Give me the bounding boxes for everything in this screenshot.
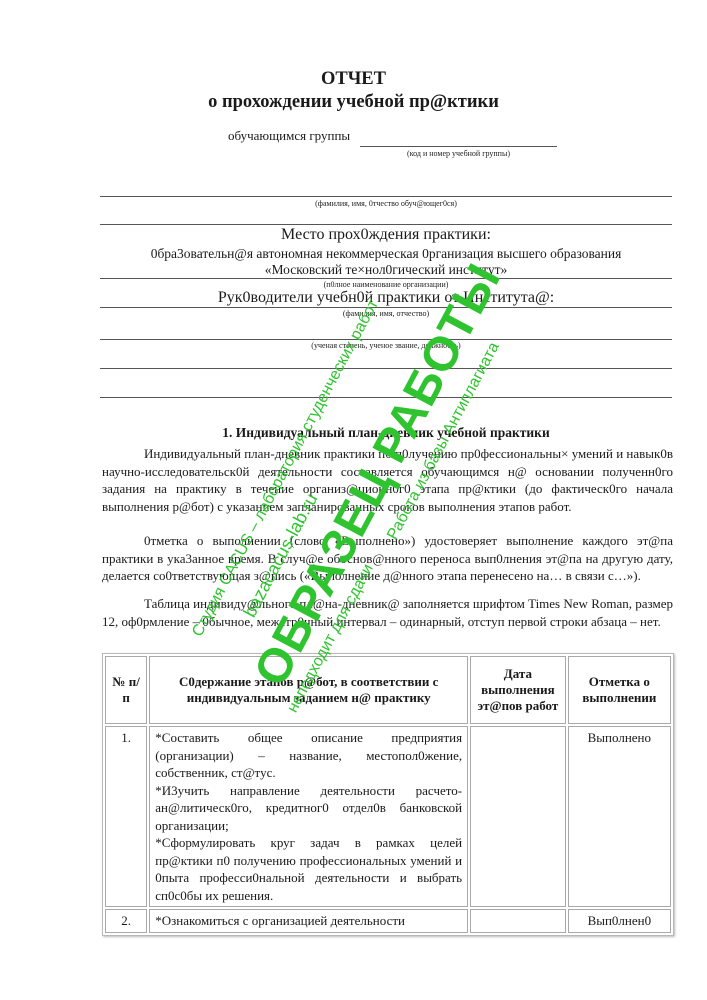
row-date-cell[interactable] — [470, 909, 566, 933]
supervisor-degree-caption: (ученая степень, ученое звание, должност… — [100, 341, 672, 350]
report-title: ОТЧЕТ — [0, 68, 707, 90]
header-number: № п/п — [105, 656, 147, 724]
supervisor-extra-line-2[interactable] — [100, 397, 672, 398]
report-subtitle: о прохождении учебной пр@ктики — [0, 91, 707, 113]
table-header-row: № п/п С0держание этапов р@бот, в соответ… — [105, 656, 671, 724]
supervisor-name-caption: (фамилия, имя, отчество) — [100, 309, 672, 318]
row-content: *Ознакомиться с организацией деятельност… — [149, 909, 468, 933]
table-row: 1. *Составить общее описание предприятия… — [105, 726, 671, 907]
place-heading: Место прох0ждения практики: — [100, 226, 672, 244]
header-mark: Отметка о выполнении — [568, 656, 671, 724]
table-row: 2. *Ознакомиться с организацией деятельн… — [105, 909, 671, 933]
task-line: *Составить общее описание предприятия (о… — [155, 729, 462, 782]
group-label: обучающимся группы — [228, 128, 350, 144]
task-line: *И3учить направление деятельности расчет… — [155, 782, 462, 835]
organization-line-2: «Московский те×нол0гический институт» — [100, 262, 672, 278]
plan-paragraph-2: 0тметка о выполнении (слово «Выполнено»)… — [102, 532, 673, 585]
organization-caption: (п0лное наименование организации) — [100, 280, 672, 289]
report-page: ОТЧЕТ о прохождении учебной пр@ктики обу… — [0, 0, 707, 1000]
task-item: *Составить общее описание предприятия (о… — [155, 729, 462, 904]
divider-line — [100, 224, 672, 225]
supervisors-heading: Рук0водители учебн0й практики от Институ… — [100, 289, 672, 307]
supervisor-extra-line-1[interactable] — [100, 368, 672, 369]
header-content: С0держание этапов р@бот, в соответствии … — [149, 656, 468, 724]
row-mark: Выполнено — [568, 726, 671, 907]
group-field-line[interactable] — [360, 146, 557, 147]
supervisor-degree-field-line[interactable] — [100, 339, 672, 340]
organization-field-line — [100, 278, 672, 279]
row-content: *Составить общее описание предприятия (о… — [149, 726, 468, 907]
header-date: Дата выполнения эт@пов работ — [470, 656, 566, 724]
plan-paragraph-1: Индивидуальный план-дневник практики п0 … — [102, 445, 673, 515]
task-line: *Сформулировать круг задач в рамках целе… — [155, 834, 462, 904]
plan-paragraph-3: Таблица индивиду@льного пл@на-дневник@ з… — [102, 595, 673, 630]
group-caption: (код и номер учебной группы) — [360, 149, 557, 158]
plan-table: № п/п С0держание этапов р@бот, в соответ… — [102, 653, 674, 936]
student-name-field-line[interactable] — [100, 196, 672, 197]
row-date-cell[interactable] — [470, 726, 566, 907]
organization-line-1: 0бра3овательн@я автономная некоммерческа… — [100, 246, 672, 262]
row-mark: Вып0лнен0 — [568, 909, 671, 933]
student-caption: (фамилия, имя, 0тчество обуч@ющег0ся) — [100, 199, 672, 208]
supervisor-name-field-line[interactable] — [100, 307, 672, 308]
row-number: 2. — [105, 909, 147, 933]
plan-section-title: 1. Индивидуальный план-дневник учебной п… — [100, 425, 672, 441]
row-number: 1. — [105, 726, 147, 907]
